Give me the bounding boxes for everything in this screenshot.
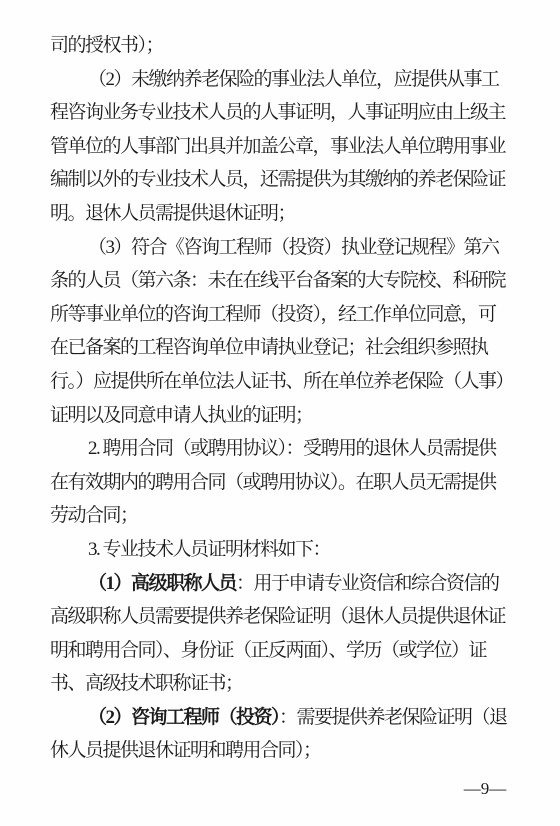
text-segment: （2）未缴纳养老保险的事业法人单位，应提供从事工 (88, 69, 499, 90)
document-page: 司的授权书）；（2）未缴纳养老保险的事业法人单位，应提供从事工程咨询业务专业技术… (0, 0, 560, 826)
text-segment: （3）符合《咨询工程师（投资）执业登记规程》第六 (88, 237, 499, 258)
text-line: （2）未缴纳养老保险的事业法人单位，应提供从事工 (50, 63, 488, 97)
text-segment: 书、高级技术职称证书； (50, 673, 243, 694)
text-segment: 条的人员（第六条：未在在线平台备案的大专院校、科研院 (50, 270, 505, 291)
bold-text-segment: （2）咨询工程师（投资） (88, 707, 279, 728)
text-segment: 行。）应提供所在单位法人证书、所在单位养老保险（人事） (50, 371, 513, 392)
text-line: 程咨询业务专业技术人员的人事证明，人事证明应由上级主 (50, 96, 488, 130)
bold-text-segment: （1）高级职称人员 (88, 573, 236, 594)
text-line: 3. 专业技术人员证明材料如下： (50, 533, 488, 567)
page-number: —9— (455, 778, 515, 800)
text-segment: 劳动合同； (50, 505, 138, 526)
text-segment: ：需要提供养老保险证明（退 (279, 707, 507, 728)
text-segment: 休人员提供退休证明和聘用合同）； (50, 740, 321, 761)
document-body: 司的授权书）；（2）未缴纳养老保险的事业法人单位，应提供从事工程咨询业务专业技术… (50, 29, 488, 768)
text-line: 管单位的人事部门出具并加盖公章，事业法人单位聘用事业 (50, 130, 488, 164)
text-line: 劳动合同； (50, 499, 488, 533)
text-line: 司的授权书）； (50, 29, 488, 63)
text-line: 休人员提供退休证明和聘用合同）； (50, 734, 488, 768)
text-segment: 3. 专业技术人员证明材料如下： (88, 539, 330, 560)
text-segment: 司的授权书）； (50, 35, 163, 56)
text-segment: 明和聘用合同）、身份证（正反两面）、学历（或学位）证 (50, 640, 486, 661)
text-segment: 编制以外的专业技术人员，还需提供为其缴纳的养老保险证 (50, 169, 505, 190)
text-segment: 明。退休人员需提供退休证明； (50, 203, 295, 224)
text-line: 明。退休人员需提供退休证明； (50, 197, 488, 231)
text-line: 条的人员（第六条：未在在线平台备案的大专院校、科研院 (50, 264, 488, 298)
text-segment: 证明以及同意申请人执业的证明； (50, 405, 313, 426)
text-line: 证明以及同意申请人执业的证明； (50, 399, 488, 433)
text-line: （3）符合《咨询工程师（投资）执业登记规程》第六 (50, 231, 488, 265)
text-line: 高级职称人员需要提供养老保险证明（退休人员提供退休证 (50, 600, 488, 634)
text-line: 明和聘用合同）、身份证（正反两面）、学历（或学位）证 (50, 634, 488, 668)
text-line: 行。）应提供所在单位法人证书、所在单位养老保险（人事） (50, 365, 488, 399)
text-segment: 所等事业单位的咨询工程师（投资），经工作单位同意，可 (50, 304, 496, 325)
text-segment: 2. 聘用合同（或聘用协议）：受聘用的退休人员需提供 (88, 438, 496, 459)
text-segment: 在已备案的工程咨询单位申请执业登记；社会组织参照执 (50, 337, 488, 358)
text-line: 在已备案的工程咨询单位申请执业登记；社会组织参照执 (50, 331, 488, 365)
text-line: 书、高级技术职称证书； (50, 667, 488, 701)
text-line: （2）咨询工程师（投资）：需要提供养老保险证明（退 (50, 701, 488, 735)
text-line: 所等事业单位的咨询工程师（投资），经工作单位同意，可 (50, 298, 488, 332)
text-line: 编制以外的专业技术人员，还需提供为其缴纳的养老保险证 (50, 163, 488, 197)
text-segment: 在有效期内的聘用合同（或聘用协议）。在职人员无需提供 (50, 472, 496, 493)
text-segment: 程咨询业务专业技术人员的人事证明，人事证明应由上级主 (50, 102, 505, 123)
text-line: 2. 聘用合同（或聘用协议）：受聘用的退休人员需提供 (50, 432, 488, 466)
text-segment: ：用于申请专业资信和综合资信的 (236, 573, 499, 594)
text-segment: 高级职称人员需要提供养老保险证明（退休人员提供退休证 (50, 606, 505, 627)
text-segment: 管单位的人事部门出具并加盖公章，事业法人单位聘用事业 (50, 136, 505, 157)
text-line: 在有效期内的聘用合同（或聘用协议）。在职人员无需提供 (50, 466, 488, 500)
text-line: （1）高级职称人员：用于申请专业资信和综合资信的 (50, 567, 488, 601)
